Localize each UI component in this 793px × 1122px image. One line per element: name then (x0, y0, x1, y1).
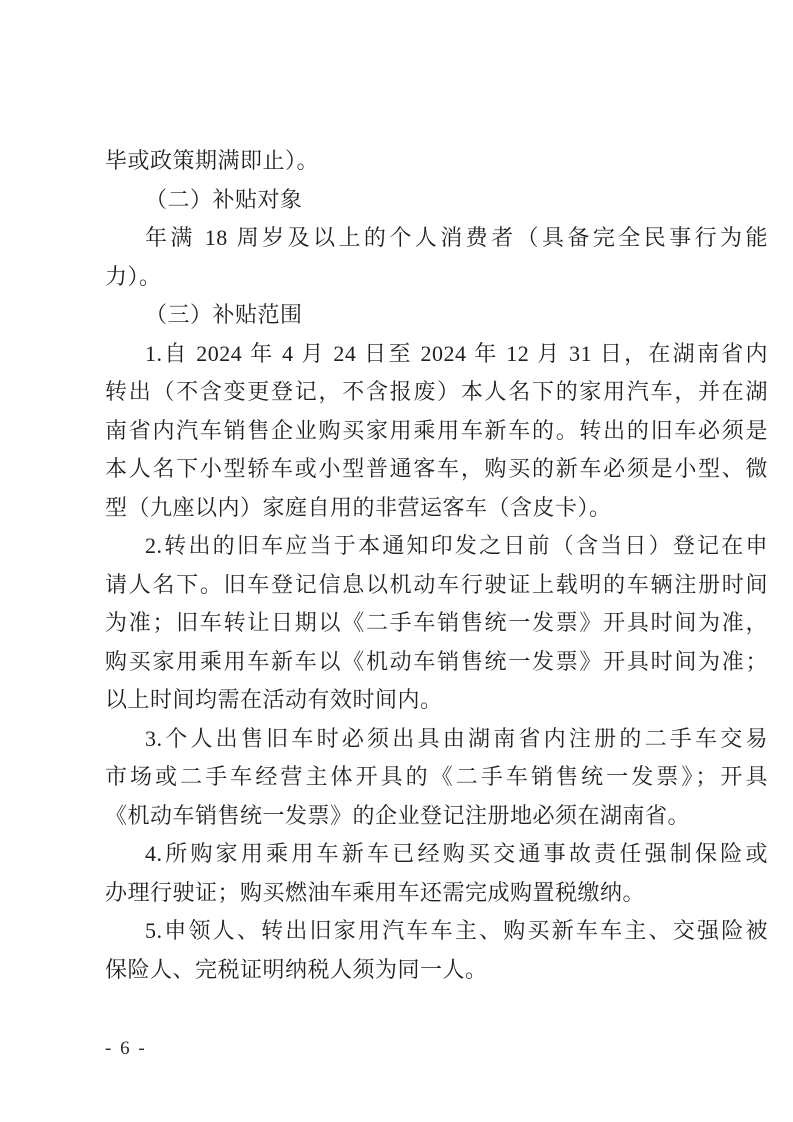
text-line: 本人名下小型轿车或小型普通客车，购买的新车必须是小型、微 (105, 450, 768, 489)
text-line: 为准；旧车转让日期以《二手车销售统一发票》开具时间为准， (105, 604, 768, 643)
paragraph: 毕或政策期满即止）。 (105, 142, 768, 181)
paragraph: （二）补贴对象 (105, 181, 768, 220)
text-line: 请人名下。旧车登记信息以机动车行驶证上载明的车辆注册时间 (105, 566, 768, 605)
paragraph: 1.自 2024 年 4 月 24 日至 2024 年 12 月 31 日，在湖… (105, 335, 768, 528)
text-line: 以上时间均需在活动有效时间内。 (105, 681, 768, 720)
text-line: 年满 18 周岁及以上的个人消费者（具备完全民事行为能 (105, 219, 768, 258)
document-page: 毕或政策期满即止）。（二）补贴对象年满 18 周岁及以上的个人消费者（具备完全民… (0, 0, 793, 1122)
paragraph: （三）补贴范围 (105, 296, 768, 335)
text-line: 购买家用乘用车新车以《机动车销售统一发票》开具时间为准； (105, 643, 768, 682)
paragraph: 3.个人出售旧车时必须出具由湖南省内注册的二手车交易市场或二手车经营主体开具的《… (105, 720, 768, 836)
text-line: 南省内汽车销售企业购买家用乘用车新车的。转出的旧车必须是 (105, 412, 768, 451)
text-line: 力）。 (105, 258, 768, 297)
text-line: 2.转出的旧车应当于本通知印发之日前（含当日）登记在申 (105, 527, 768, 566)
page-number: - 6 - (105, 1038, 147, 1060)
document-body: 毕或政策期满即止）。（二）补贴对象年满 18 周岁及以上的个人消费者（具备完全民… (105, 142, 768, 989)
text-line: 3.个人出售旧车时必须出具由湖南省内注册的二手车交易 (105, 720, 768, 759)
text-line: 市场或二手车经营主体开具的《二手车销售统一发票》；开具 (105, 758, 768, 797)
text-line: 1.自 2024 年 4 月 24 日至 2024 年 12 月 31 日，在湖… (105, 335, 768, 374)
text-line: （三）补贴范围 (105, 296, 768, 335)
text-line: 5.申领人、转出旧家用汽车车主、购买新车车主、交强险被 (105, 912, 768, 951)
text-line: （二）补贴对象 (105, 181, 768, 220)
text-line: 4.所购家用乘用车新车已经购买交通事故责任强制保险或 (105, 835, 768, 874)
text-line: 毕或政策期满即止）。 (105, 142, 768, 181)
paragraph: 2.转出的旧车应当于本通知印发之日前（含当日）登记在申请人名下。旧车登记信息以机… (105, 527, 768, 720)
text-line: 转出（不含变更登记，不含报废）本人名下的家用汽车，并在湖 (105, 373, 768, 412)
text-line: 办理行驶证；购买燃油车乘用车还需完成购置税缴纳。 (105, 874, 768, 913)
paragraph: 年满 18 周岁及以上的个人消费者（具备完全民事行为能力）。 (105, 219, 768, 296)
text-line: 《机动车销售统一发票》的企业登记注册地必须在湖南省。 (105, 797, 768, 836)
paragraph: 5.申领人、转出旧家用汽车车主、购买新车车主、交强险被保险人、完税证明纳税人须为… (105, 912, 768, 989)
text-line: 保险人、完税证明纳税人须为同一人。 (105, 951, 768, 990)
paragraph: 4.所购家用乘用车新车已经购买交通事故责任强制保险或办理行驶证；购买燃油车乘用车… (105, 835, 768, 912)
text-line: 型（九座以内）家庭自用的非营运客车（含皮卡）。 (105, 489, 768, 528)
